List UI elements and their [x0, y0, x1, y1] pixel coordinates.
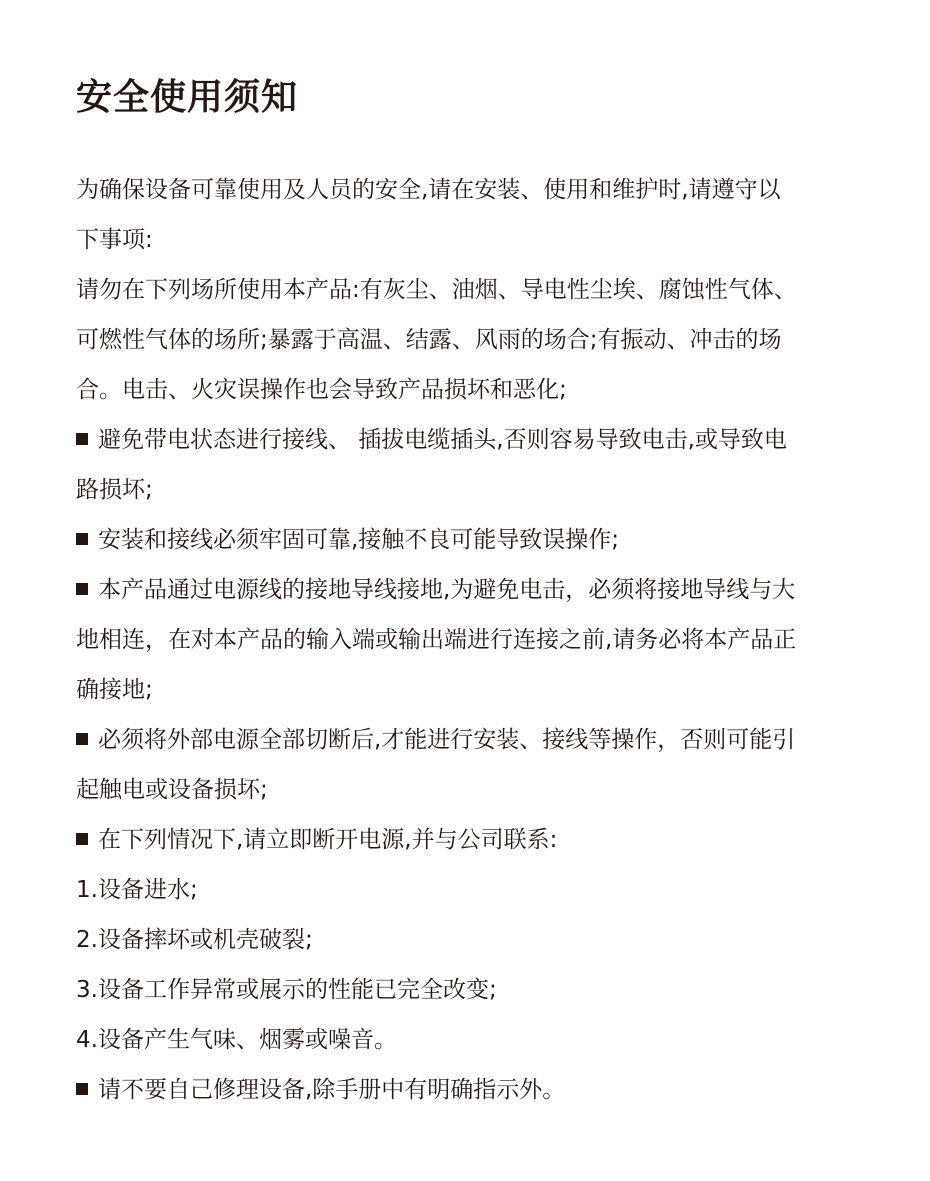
square-bullet-icon — [76, 733, 88, 745]
numbered-item-3: 3.设备工作异常或展示的性能已完全改变; — [76, 965, 876, 1015]
text-line: 必须将外部电源全部切断后,才能进行安装、接线等操作，否则可能引 — [98, 727, 795, 753]
notice-content: 为确保设备可靠使用及人员的安全,请在安装、使用和维护时,请遵守以 下事项: 请勿… — [76, 165, 876, 1115]
text-line: 确接地; — [76, 665, 876, 715]
intro-paragraph: 为确保设备可靠使用及人员的安全,请在安装、使用和维护时,请遵守以 下事项: — [76, 165, 876, 265]
text-line: 安装和接线必须牢固可靠,接触不良可能导致误操作; — [98, 527, 619, 553]
numbered-item-1: 1.设备进水; — [76, 865, 876, 915]
text-line: 路损坏; — [76, 465, 876, 515]
text-line: 3.设备工作异常或展示的性能已完全改变; — [76, 965, 876, 1015]
square-bullet-icon — [76, 583, 88, 595]
text-line: 4.设备产生气味、烟雾或噪音。 — [76, 1015, 876, 1065]
page-title: 安全使用须知 — [76, 74, 298, 122]
bullet-item-grounding: 本产品通过电源线的接地导线接地,为避免电击，必须将接地导线与大 地相连，在对本产… — [76, 565, 876, 715]
text-line: 避免带电状态进行接线、 插拔电缆插头,否则容易导致电击,或导致电 — [98, 427, 787, 453]
bullet-item-disconnect-conditions: 在下列情况下,请立即断开电源,并与公司联系: — [76, 815, 876, 865]
bullet-item-power-off: 必须将外部电源全部切断后,才能进行安装、接线等操作，否则可能引 起触电或设备损坏… — [76, 715, 876, 815]
bullet-line: 安装和接线必须牢固可靠,接触不良可能导致误操作; — [76, 515, 876, 565]
prohibited-locations-paragraph: 请勿在下列场所使用本产品:有灰尘、油烟、导电性尘埃、腐蚀性气体、 可燃性气体的场… — [76, 265, 876, 415]
bullet-item-no-self-repair: 请不要自己修理设备,除手册中有明确指示外。 — [76, 1065, 876, 1115]
text-line: 在下列情况下,请立即断开电源,并与公司联系: — [98, 827, 557, 853]
text-line: 起触电或设备损坏; — [76, 765, 876, 815]
text-line: 可燃性气体的场所;暴露于高温、结露、风雨的场合;有振动、冲击的场 — [76, 315, 876, 365]
square-bullet-icon — [76, 1083, 88, 1095]
bullet-line: 本产品通过电源线的接地导线接地,为避免电击，必须将接地导线与大 — [76, 565, 876, 615]
bullet-item-secure-wiring: 安装和接线必须牢固可靠,接触不良可能导致误操作; — [76, 515, 876, 565]
numbered-item-2: 2.设备摔坏或机壳破裂; — [76, 915, 876, 965]
text-line: 请不要自己修理设备,除手册中有明确指示外。 — [98, 1077, 565, 1103]
square-bullet-icon — [76, 533, 88, 545]
bullet-line: 避免带电状态进行接线、 插拔电缆插头,否则容易导致电击,或导致电 — [76, 415, 876, 465]
text-line: 1.设备进水; — [76, 865, 876, 915]
square-bullet-icon — [76, 433, 88, 445]
bullet-item-live-wiring: 避免带电状态进行接线、 插拔电缆插头,否则容易导致电击,或导致电 路损坏; — [76, 415, 876, 515]
text-line: 请勿在下列场所使用本产品:有灰尘、油烟、导电性尘埃、腐蚀性气体、 — [76, 265, 876, 315]
numbered-item-4: 4.设备产生气味、烟雾或噪音。 — [76, 1015, 876, 1065]
text-line: 本产品通过电源线的接地导线接地,为避免电击，必须将接地导线与大 — [98, 577, 795, 603]
bullet-line: 请不要自己修理设备,除手册中有明确指示外。 — [76, 1065, 876, 1115]
text-line: 为确保设备可靠使用及人员的安全,请在安装、使用和维护时,请遵守以 — [76, 165, 876, 215]
text-line: 下事项: — [76, 215, 876, 265]
bullet-line: 在下列情况下,请立即断开电源,并与公司联系: — [76, 815, 876, 865]
text-line: 合。电击、火灾误操作也会导致产品损坏和恶化; — [76, 365, 876, 415]
square-bullet-icon — [76, 833, 88, 845]
bullet-line: 必须将外部电源全部切断后,才能进行安装、接线等操作，否则可能引 — [76, 715, 876, 765]
text-line: 2.设备摔坏或机壳破裂; — [76, 915, 876, 965]
text-line: 地相连，在对本产品的输入端或输出端进行连接之前,请务必将本产品正 — [76, 615, 876, 665]
